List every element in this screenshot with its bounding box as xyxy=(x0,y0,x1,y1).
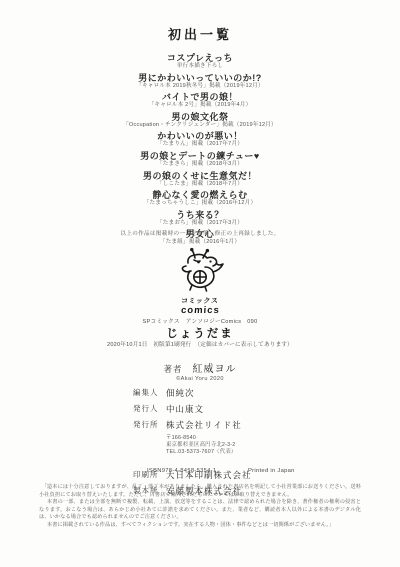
work-title: かわいいのが悪い！ xyxy=(0,131,400,141)
staff-value: 株式会社リイド社 xyxy=(166,419,242,431)
staff-value: 佃純次 xyxy=(166,387,195,399)
series-label: SPコミックス アンソロジーComics 090 xyxy=(0,317,400,325)
disclaimer-paragraph: 本書の一部、または全部を無断で複製、転載、上演、放送等をすることは、法律で認めら… xyxy=(39,499,361,522)
first-publication-list: コスプレえっち 単行本描き下ろし 男にかわいいっていいのか!? 「キャロル本 2… xyxy=(0,53,400,249)
disclaimer-paragraph: 「造本には十分注意しておりますが、乱丁・落丁本がありましたら、購入された書店名を… xyxy=(39,484,361,499)
work-item: うち来る？ 「たまおち」掲載（2017年3月） xyxy=(0,210,400,227)
staff-row-editor: 編集人 佃純次 xyxy=(133,387,252,399)
work-source: 「キャロル本 2019秋冬号」掲載（2019年12月） xyxy=(0,83,400,90)
work-item: 男の娘とデートの練チュー♥ 「たまきら」掲載（2018年3月） xyxy=(0,151,400,168)
staff-label: 発行所 xyxy=(133,419,166,431)
publisher-phone: TEL.03-5373-7607（代表） xyxy=(166,449,252,456)
work-source: 単行本描き下ろし xyxy=(0,63,400,70)
work-source: 「Occupation・チンクリジェンダー」掲載（2019年12月） xyxy=(0,122,400,129)
copyright-notice: ©Akai Yoru 2020 xyxy=(0,376,400,382)
logo-text-comics: comics xyxy=(180,306,219,316)
author-name: 紅威ヨル xyxy=(193,364,237,375)
author-line: 著者紅威ヨル xyxy=(0,360,400,375)
works-note: 以上の作品は掲載時の一部を加筆・修正の上再録しました。 xyxy=(0,229,400,237)
work-title: 男の娘のくせに生意気だ！ xyxy=(0,171,400,181)
work-item: 男にかわいいっていいのか!? 「キャロル本 2019秋冬号」掲載（2019年12… xyxy=(0,73,400,90)
staff-label: 発行人 xyxy=(133,403,166,415)
work-source: 「たまきら」掲載（2018年3月） xyxy=(0,161,400,168)
work-item: 男の娘文化祭 「Occupation・チンクリジェンダー」掲載（2019年12月… xyxy=(0,112,400,129)
printed-in-japan: Printed in Japan xyxy=(248,468,295,474)
book-title: じょうだま xyxy=(0,325,400,341)
print-info: 2020年10月1日 初版第1刷発行 （定価はカバーに表示してあります） xyxy=(0,340,400,348)
work-item: 静心なく愛の燃えらむ 「たまっちゃうしこ」掲載（2016年12月） xyxy=(0,190,400,207)
publisher-logo: コミックス comics xyxy=(0,247,400,316)
staff-row-publisher-company: 発行所 株式会社リイド社 xyxy=(133,419,252,431)
work-title: 男の娘文化祭 xyxy=(0,112,400,122)
work-title: バイトで男の娘！ xyxy=(0,92,400,102)
colophon-page: 初出一覧 コスプレえっち 単行本描き下ろし 男にかわいいっていいのか!? 「キャ… xyxy=(0,0,400,567)
staff-row-publisher-person: 発行人 中山康文 xyxy=(133,403,252,415)
disclaimer-paragraph: 本書に掲載されている作品は、すべてフィクションです。実在する人物・団体・事件など… xyxy=(39,522,361,530)
work-title: うち来る？ xyxy=(0,210,400,220)
work-source: 「たまおち」掲載（2017年3月） xyxy=(0,220,400,227)
staff-value: 中山康文 xyxy=(166,403,204,415)
work-title: 静心なく愛の燃えらむ xyxy=(0,190,400,200)
work-source: 「たま組」掲載（2016年1月） xyxy=(0,239,400,246)
page-title: 初出一覧 xyxy=(0,24,400,43)
work-source: 「たまっちゃうしこ」掲載（2016年12月） xyxy=(0,200,400,207)
publisher-address: 〒166-8540 東京都杉並区高円寺北2-3-2 TEL.03-5373-76… xyxy=(166,435,252,457)
isbn-number: ISBN978-4-8458-5354-1 xyxy=(147,468,216,474)
work-title: 男の娘とデートの練チュー♥ xyxy=(0,151,400,161)
work-item: コスプレえっち 単行本描き下ろし xyxy=(0,53,400,70)
legal-disclaimer: 「造本には十分注意しておりますが、乱丁・落丁本がありましたら、購入された書店名を… xyxy=(39,484,361,530)
work-item: かわいいのが悪い！ 「たまりん」掲載（2017年7月） xyxy=(0,131,400,148)
work-source: 「たまりん」掲載（2017年7月） xyxy=(0,141,400,148)
work-item: 男の娘のくせに生意気だ！ 「しこたま」掲載（2018年7月） xyxy=(0,171,400,188)
staff-label: 編集人 xyxy=(133,387,166,399)
work-title: コスプレえっち xyxy=(0,53,400,63)
work-title: 男にかわいいっていいのか!? xyxy=(0,73,400,83)
dragon-mascot-icon xyxy=(172,247,228,298)
work-item: バイトで男の娘！ 「キャロル本 2号」掲載（2019年4月） xyxy=(0,92,400,109)
work-source: 「しこたま」掲載（2018年7月） xyxy=(0,181,400,188)
work-source: 「キャロル本 2号」掲載（2019年4月） xyxy=(0,102,400,109)
author-label: 著者 xyxy=(163,364,182,374)
